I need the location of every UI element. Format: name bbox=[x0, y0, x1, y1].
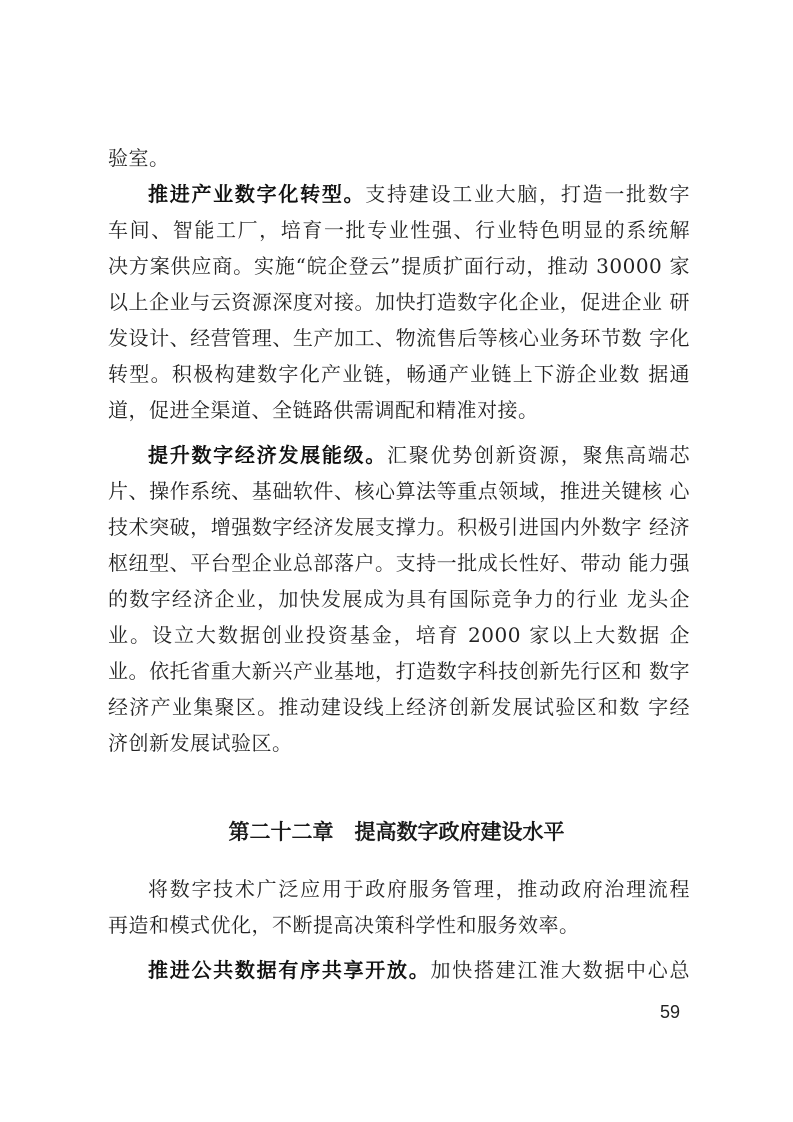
paragraph-line: 提升数字经济发展能级。汇聚优势创新资源，聚焦高端芯 bbox=[148, 440, 690, 470]
line-text: 汇聚优势创新资源，聚焦高端芯 bbox=[387, 443, 690, 467]
paragraph-line: 枢纽型、平台型企业总部落户。支持一批成长性好、带动 能力强 bbox=[108, 548, 690, 578]
line-text: 验室。 bbox=[108, 146, 170, 170]
paragraph-line: 道，促进全渠道、全链路供需调配和精准对接。 bbox=[108, 395, 690, 425]
paragraph-line: 技术突破，增强数字经济发展支撑力。积极引进国内外数字 经济 bbox=[108, 512, 690, 542]
paragraph-line: 片、操作系统、基础软件、核心算法等重点领域，推进关键核 心 bbox=[108, 476, 690, 506]
line-text: 道，促进全渠道、全链路供需调配和精准对接。 bbox=[108, 398, 539, 422]
paragraph-line: 决方案供应商。实施“皖企登云”提质扩面行动，推动 30000 家 bbox=[108, 251, 690, 281]
line-text: 片、操作系统、基础软件、核心算法等重点领域，推进关键核 心 bbox=[108, 479, 690, 503]
line-text: 业。依托省重大新兴产业基地，打造数字科技创新先行区和 数字 bbox=[108, 659, 690, 683]
line-text: 车间、智能工厂，培育一批专业性强、行业特色明显的系统解 bbox=[108, 218, 690, 242]
line-text: 加快搭建江淮大数据中心总 bbox=[430, 958, 690, 982]
line-text: 支持建设工业大脑，打造一批数字 bbox=[365, 182, 690, 206]
paragraph-line: 再造和模式优化，不断提高决策科学性和服务效率。 bbox=[108, 910, 690, 940]
section-lead-title: 提升数字经济发展能级。 bbox=[148, 443, 387, 467]
paragraph-line: 转型。积极构建数字化产业链，畅通产业链上下游企业数 据通 bbox=[108, 359, 690, 389]
paragraph-line: 推进产业数字化转型。支持建设工业大脑，打造一批数字 bbox=[148, 179, 690, 209]
line-text: 技术突破，增强数字经济发展支撑力。积极引进国内外数字 经济 bbox=[108, 515, 690, 539]
paragraph-line: 的数字经济企业，加快发展成为具有国际竞争力的行业 龙头企 bbox=[108, 584, 690, 614]
paragraph-line: 经济产业集聚区。推动建设线上经济创新发展试验区和数 字经 bbox=[108, 692, 690, 722]
paragraph-line: 将数字技术广泛应用于政府服务管理，推动政府治理流程 bbox=[148, 874, 690, 904]
paragraph-line: 业。依托省重大新兴产业基地，打造数字科技创新先行区和 数字 bbox=[108, 656, 690, 686]
paragraph-line: 济创新发展试验区。 bbox=[108, 728, 690, 758]
section-lead-title: 推进产业数字化转型。 bbox=[148, 182, 365, 206]
line-text: 以上企业与云资源深度对接。加快打造数字化企业，促进企业 研 bbox=[108, 290, 690, 314]
paragraph-line: 推进公共数据有序共享开放。加快搭建江淮大数据中心总 bbox=[148, 955, 690, 985]
line-text: 的数字经济企业，加快发展成为具有国际竞争力的行业 龙头企 bbox=[108, 587, 690, 611]
section-lead-title: 推进公共数据有序共享开放。 bbox=[148, 958, 430, 982]
paragraph-line: 发设计、经营管理、生产加工、物流售后等核心业务环节数 字化 bbox=[108, 323, 690, 353]
line-text: 业。设立大数据创业投资基金，培育 2000 家以上大数据 企 bbox=[108, 623, 690, 647]
document-page: 验室。 推进产业数字化转型。支持建设工业大脑，打造一批数字 车间、智能工厂，培育… bbox=[0, 0, 793, 1122]
line-text: 将数字技术广泛应用于政府服务管理，推动政府治理流程 bbox=[148, 877, 690, 901]
line-text: 济创新发展试验区。 bbox=[108, 731, 293, 755]
page-number: 59 bbox=[660, 999, 680, 1025]
paragraph-line: 以上企业与云资源深度对接。加快打造数字化企业，促进企业 研 bbox=[108, 287, 690, 317]
paragraph-line: 业。设立大数据创业投资基金，培育 2000 家以上大数据 企 bbox=[108, 620, 690, 650]
line-text: 转型。积极构建数字化产业链，畅通产业链上下游企业数 据通 bbox=[108, 362, 690, 386]
line-text: 再造和模式优化，不断提高决策科学性和服务效率。 bbox=[108, 913, 580, 937]
chapter-heading: 第二十二章 提高数字政府建设水平 bbox=[0, 817, 793, 847]
line-text: 发设计、经营管理、生产加工、物流售后等核心业务环节数 字化 bbox=[108, 326, 690, 350]
line-text: 决方案供应商。实施“皖企登云”提质扩面行动，推动 30000 家 bbox=[108, 254, 690, 278]
line-text: 枢纽型、平台型企业总部落户。支持一批成长性好、带动 能力强 bbox=[108, 551, 690, 575]
line-text: 经济产业集聚区。推动建设线上经济创新发展试验区和数 字经 bbox=[108, 695, 690, 719]
paragraph-line: 验室。 bbox=[108, 143, 690, 173]
paragraph-line: 车间、智能工厂，培育一批专业性强、行业特色明显的系统解 bbox=[108, 215, 690, 245]
